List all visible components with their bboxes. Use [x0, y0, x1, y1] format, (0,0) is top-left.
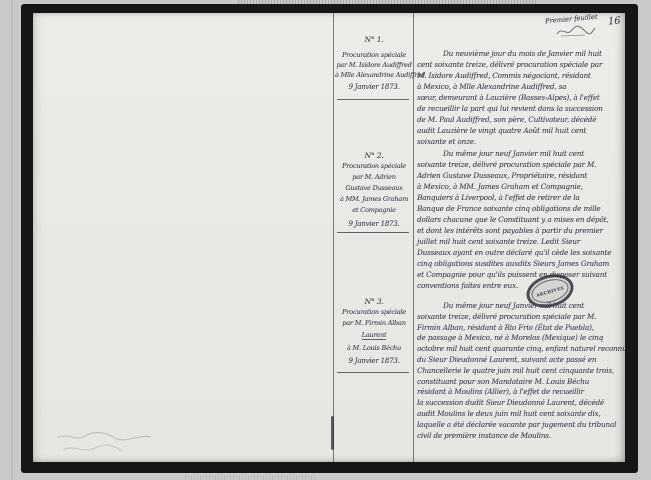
- scanner-seam: [11, 0, 13, 480]
- act-line: Banque de France soixante cinq obligatio…: [417, 203, 623, 214]
- act-line: audit Moulins le deux juin mil huit cent…: [417, 409, 623, 420]
- margin-entry-line: par M. Adrien: [335, 173, 413, 181]
- margin-rule-left: [333, 13, 334, 462]
- paraph-flourish-icon: [555, 24, 597, 38]
- pencil-scribble: [53, 424, 159, 462]
- margin-entry-line: à Mlle Alexandrine Audiffred: [335, 71, 413, 79]
- act-1-text: Du neuvième jour du mois de Janvier mil …: [417, 48, 623, 147]
- act-line: audit Lauzière le vingt quatre Août mil …: [417, 125, 623, 136]
- act-line: soixante treize, délivré procuration spé…: [417, 312, 623, 323]
- page-stack-edge-bottom: [185, 475, 315, 480]
- act-line: de passage à Mexico, né à Morelos (Mexiq…: [417, 333, 623, 344]
- act-line: constituant pour son Mandataire M. Louis…: [417, 377, 623, 388]
- margin-entry-line: Procuration spéciale: [335, 162, 413, 170]
- act-line: de recueillir la part qui lui revient da…: [417, 103, 623, 114]
- act-line: cinq obligations susdites auxdits Sieurs…: [417, 258, 623, 269]
- margin-entry-line: Procuration spéciale: [335, 51, 413, 59]
- margin-rule-right: [413, 13, 414, 462]
- act-line: et Compagnie pour qu'ils puissent en dis…: [417, 269, 623, 280]
- act-line: cent soixante treize, délivré procuratio…: [417, 59, 623, 70]
- margin-entry-date: 9 Janvier 1873.: [335, 357, 413, 365]
- act-2-text: Du même jour neuf Janvier mil huit cent …: [417, 148, 623, 291]
- act-line: Adrien Gustave Dusseaux, Propriétaire, r…: [417, 170, 623, 181]
- act-line: octobre mil huit cent quarante cinq, enf…: [417, 344, 623, 355]
- scanned-register-page: Premier feuillet 16 N° 1. Procuration sp…: [0, 0, 651, 480]
- margin-entry-line: Gustave Dusseaux: [335, 184, 413, 192]
- act-line: civil de première instance de Moulins.: [417, 431, 623, 442]
- act-line: laquelle a été déclarée vacante par juge…: [417, 420, 623, 431]
- act-line: juillet mil huit cent soixante treize. L…: [417, 236, 623, 247]
- act-line: M. Isidore Audiffred, Commis négociant, …: [417, 70, 623, 81]
- act-line: sœur, demeurant à Lauzière (Basses-Alpes…: [417, 92, 623, 103]
- margin-entry-line: Procuration spéciale: [335, 308, 413, 316]
- act-line: soixante treize, délivré procuration spé…: [417, 159, 623, 170]
- act-line: à Mexico, à Mlle Alexandrine Audiffred, …: [417, 81, 623, 92]
- act-line: et dont les intérêts sont payables à par…: [417, 225, 623, 236]
- ink-blot: [331, 416, 334, 450]
- act-line: Dusseaux ayant en outre déclaré qu'il cè…: [417, 247, 623, 258]
- margin-entry-line: et Compagnie: [335, 206, 413, 214]
- margin-entry-date: 9 Janvier 1873.: [335, 83, 413, 91]
- act-line: Du même jour neuf Janvier mil huit cent: [417, 148, 623, 159]
- act-line: de M. Paul Audiffred, son père, Cultivat…: [417, 114, 623, 125]
- folio-number: 16: [608, 16, 621, 28]
- margin-entry-number: N° 1.: [335, 35, 413, 44]
- act-line: Banquiers à Liverpool, à l'effet de reti…: [417, 192, 623, 203]
- act-line: à Mexico, à MM. James Graham et Compagni…: [417, 181, 623, 192]
- act-line: la succession dudit Sieur Dieudonné Laur…: [417, 398, 623, 409]
- margin-entry-line: à MM. James Graham: [335, 195, 413, 203]
- act-line: du Sieur Dieudonné Laurent, suivant acte…: [417, 355, 623, 366]
- act-3-text: Du même jour neuf Janvier mil huit cent …: [417, 301, 623, 441]
- act-line: Chancellerie le quatre juin mil huit cen…: [417, 366, 623, 377]
- margin-entry-line: Laurent: [335, 331, 413, 339]
- act-line: Firmin Alban, résidant à Rio Frio (État …: [417, 323, 623, 334]
- act-line: Du neuvième jour du mois de Janvier mil …: [417, 48, 623, 59]
- margin-entry-line: à M. Louis Béchu: [335, 344, 413, 352]
- margin-entry-line: par M. Isidore Audiffred: [335, 61, 413, 69]
- margin-entry-rule: [337, 99, 409, 100]
- margin-entry-rule: [337, 232, 409, 233]
- margin-entry-line: par M. Firmin Alban: [335, 319, 413, 327]
- archives-stamp-label: ARCHIVES: [536, 285, 565, 298]
- page-black-frame: Premier feuillet 16 N° 1. Procuration sp…: [21, 4, 638, 473]
- act-line: conventions faites entre eux.: [417, 280, 623, 291]
- margin-entry-number: N° 2.: [335, 151, 413, 160]
- margin-entry-date: 9 Janvier 1873.: [335, 220, 413, 228]
- margin-entry-rule: [337, 372, 409, 373]
- act-line: résidant à Moulins (Allier), à l'effet d…: [417, 387, 623, 398]
- act-line: soixante et onze.: [417, 136, 623, 147]
- margin-entry-number: N° 3.: [335, 297, 413, 306]
- act-line: dollars chacune que le Constituant y a m…: [417, 214, 623, 225]
- margin-entry-line-underlined: Laurent: [362, 331, 387, 340]
- act-line: Du même jour neuf Janvier mil huit cent: [417, 301, 623, 312]
